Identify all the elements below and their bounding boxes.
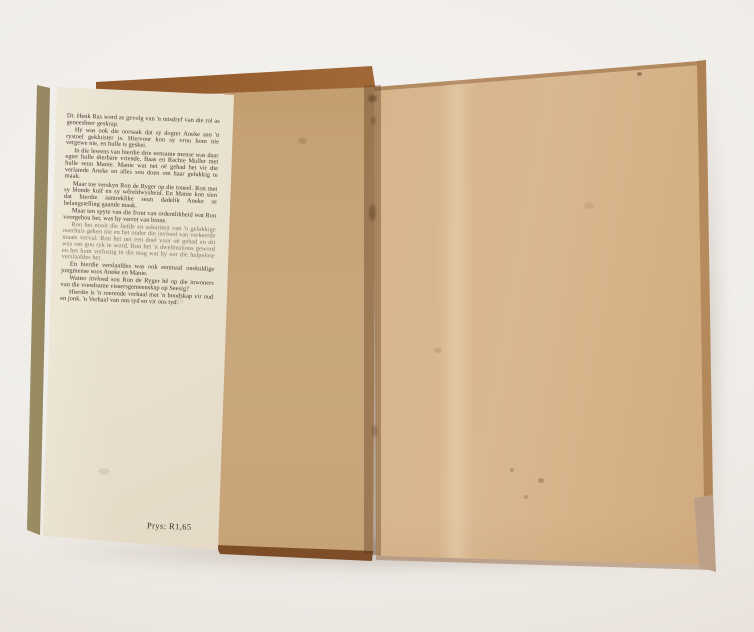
stain [98,468,110,475]
crease-smudge [369,205,376,221]
blurb-paragraph: In die lewens van hierdie drie eensame m… [65,147,219,185]
blurb-text: Dr. Henk Ras word as gevolg van 'n misdr… [60,113,220,309]
stain [434,348,442,353]
crease-smudge [372,425,377,437]
crease-smudge [371,116,376,125]
crease-smudge [368,95,377,102]
stain [584,202,594,209]
stain [298,138,307,144]
stain [524,495,528,499]
stain [637,72,642,76]
stain [510,468,514,472]
price-label: Prys: R1,65 [147,520,192,532]
stain [538,478,544,483]
blurb-paragraph: Ron het nooit die liefde en sekuriteit v… [62,221,216,266]
